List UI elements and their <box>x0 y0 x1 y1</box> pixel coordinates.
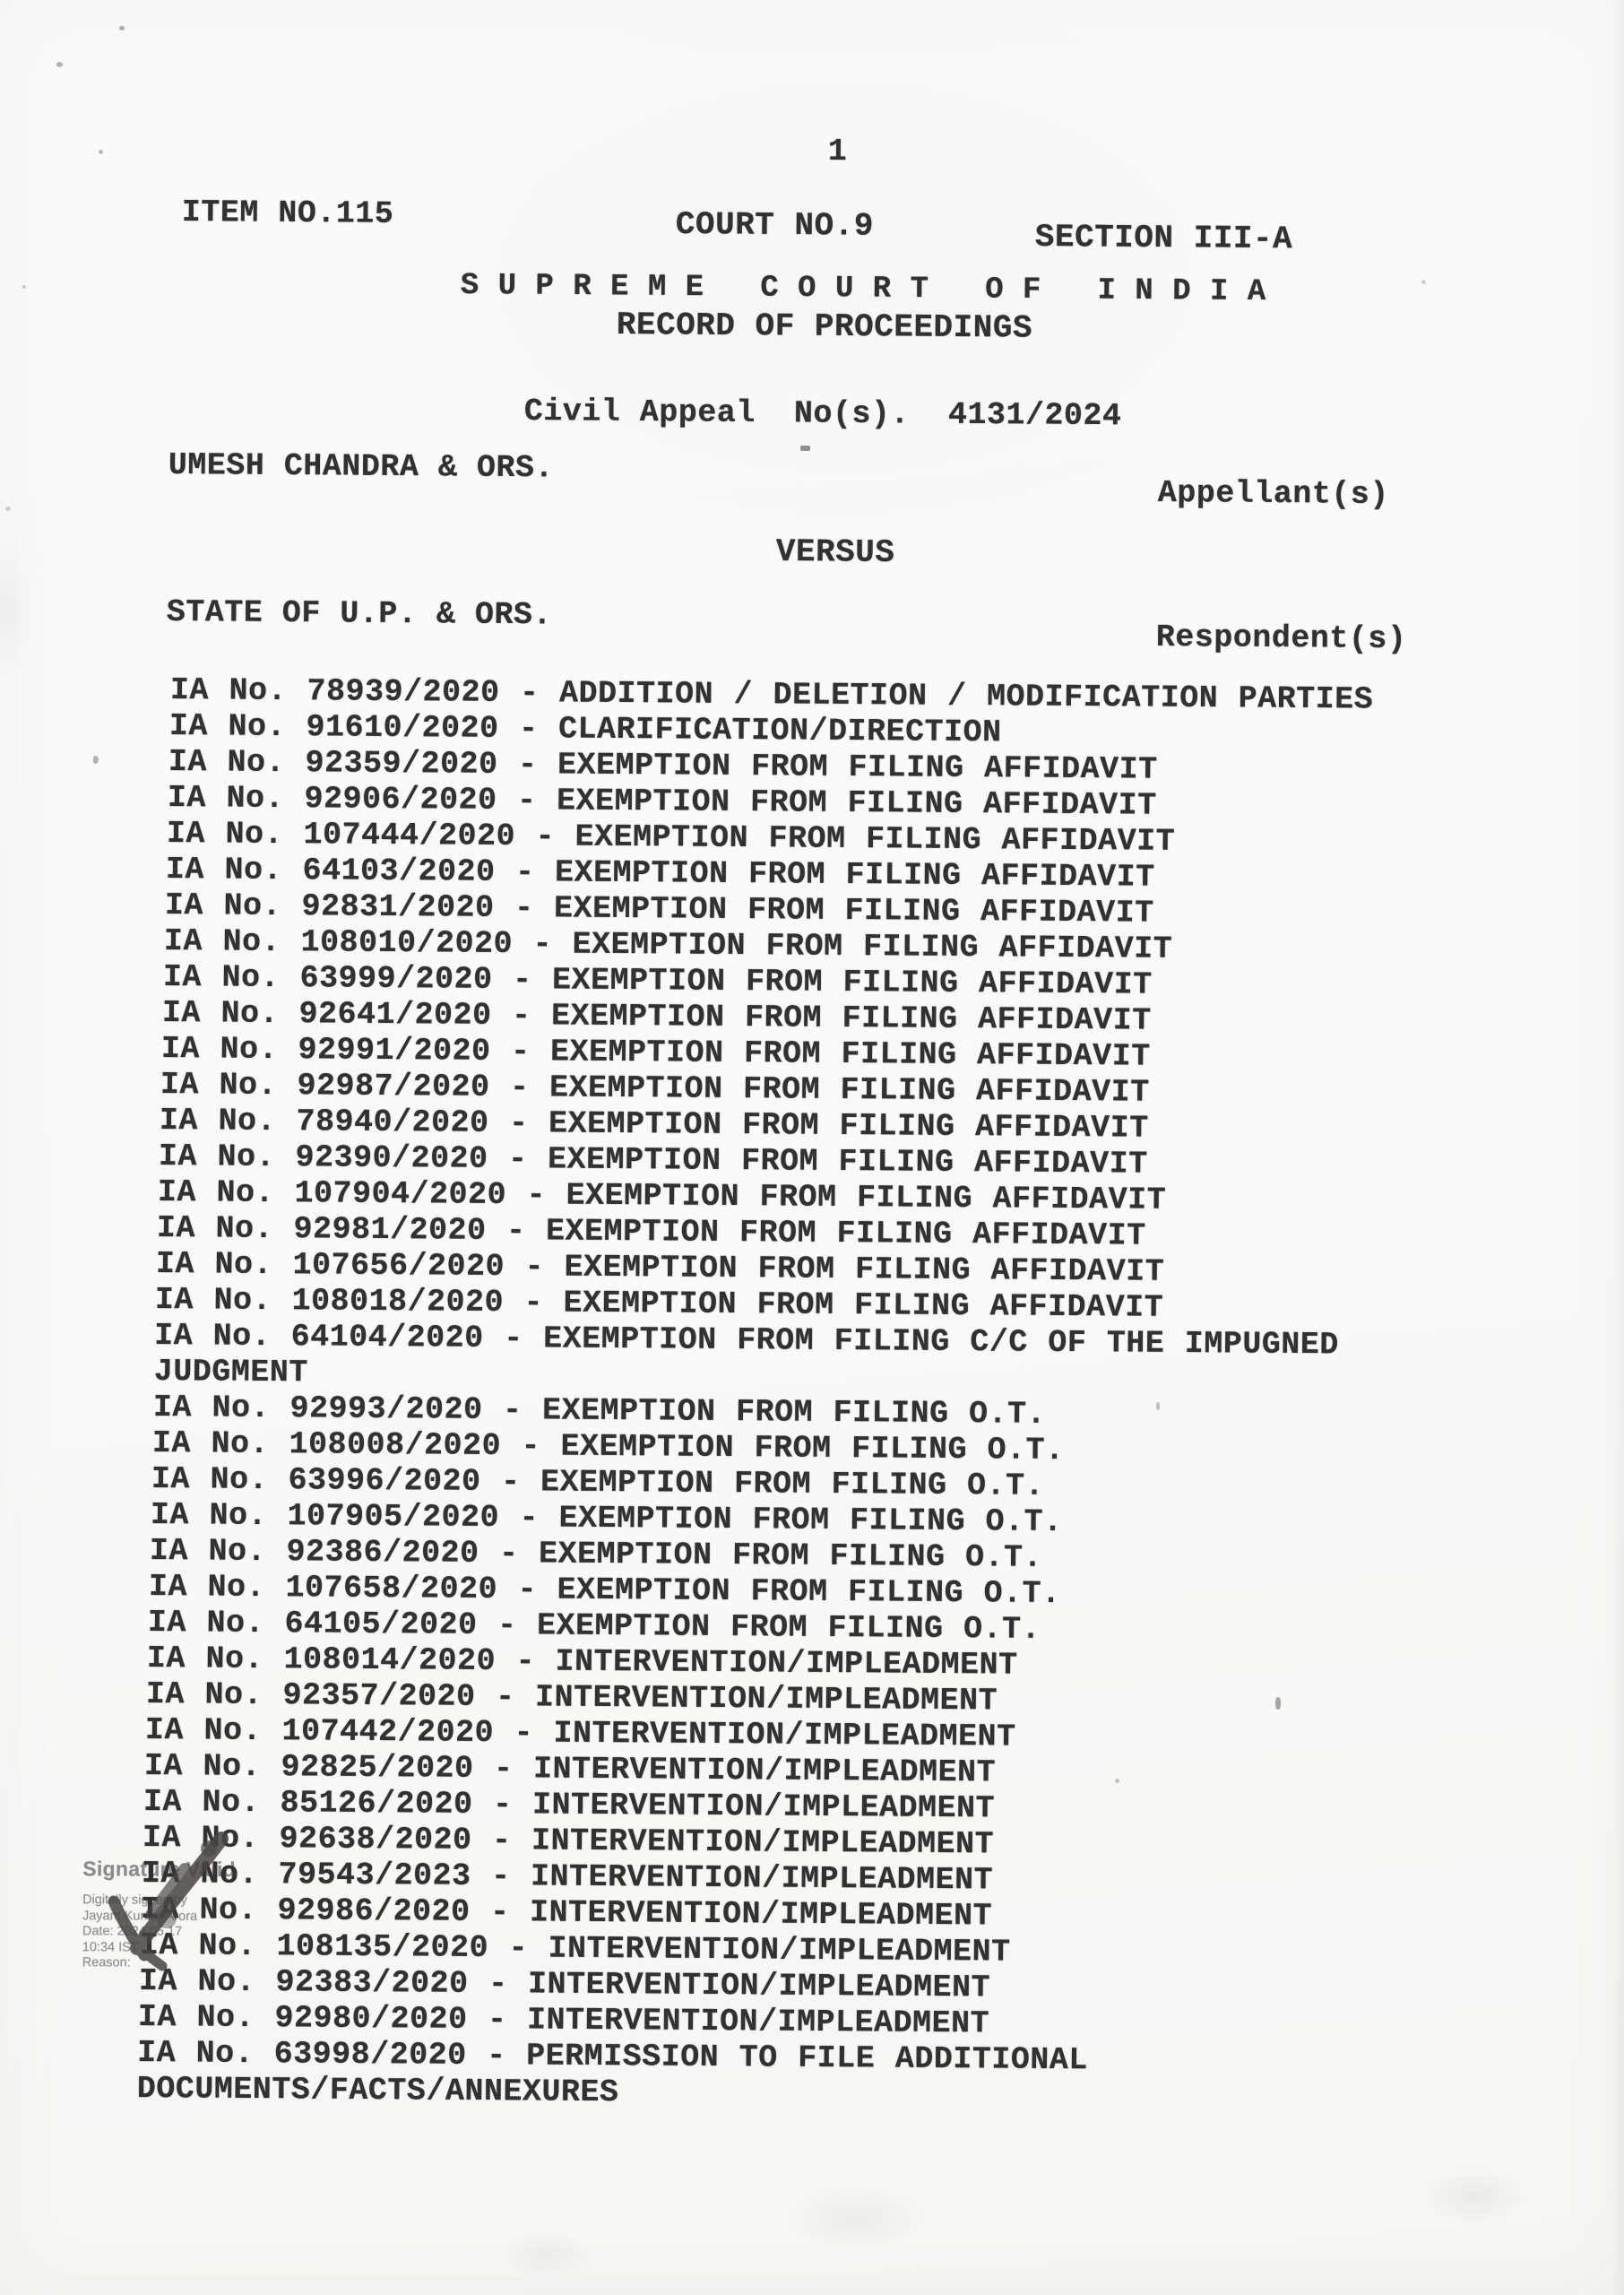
scan-speck <box>1421 280 1426 284</box>
ia-entry: IA No. 64104/2020 - EXEMPTION FROM FILIN… <box>154 1318 1410 1399</box>
record-subtitle: RECORD OF PROCEEDINGS <box>617 307 1032 346</box>
scan-smudge <box>0 538 36 681</box>
ia-applications-list: IA No. 78939/2020 - ADDITION / DELETION … <box>0 672 1488 2107</box>
scan-speck <box>119 26 125 30</box>
scan-smudge <box>502 2232 592 2277</box>
case-number-line: Civil Appeal No(s). 4131/2024 <box>524 394 1122 433</box>
scan-speck <box>99 150 103 154</box>
scan-smudge <box>789 2187 923 2250</box>
appellant-label: Appellant(s) <box>1158 476 1389 512</box>
scanned-court-order-page: 1 ITEM NO.115 COURT NO.9 SECTION III-A S… <box>0 0 1624 2295</box>
court-number: COURT NO.9 <box>676 207 874 244</box>
court-title: S U P R E M E C O U R T O F I N D I A <box>461 269 1266 309</box>
scan-smudge <box>1425 2169 1524 2223</box>
appellant-name: UMESH CHANDRA & ORS. <box>168 448 554 485</box>
respondent-label: Respondent(s) <box>1156 620 1407 656</box>
item-number: ITEM NO.115 <box>182 195 394 231</box>
section-label: SECTION III-A <box>1035 220 1293 256</box>
page-number: 1 <box>828 134 848 169</box>
scan-speck <box>800 446 810 451</box>
respondent-name: STATE OF U.P. & ORS. <box>167 595 552 632</box>
scan-speck <box>5 507 11 511</box>
scan-speck <box>56 62 63 67</box>
ia-entry: IA No. 63998/2020 - PERMISSION TO FILE A… <box>137 2035 1124 2115</box>
versus-label: VERSUS <box>776 534 895 570</box>
scan-speck <box>22 285 26 289</box>
